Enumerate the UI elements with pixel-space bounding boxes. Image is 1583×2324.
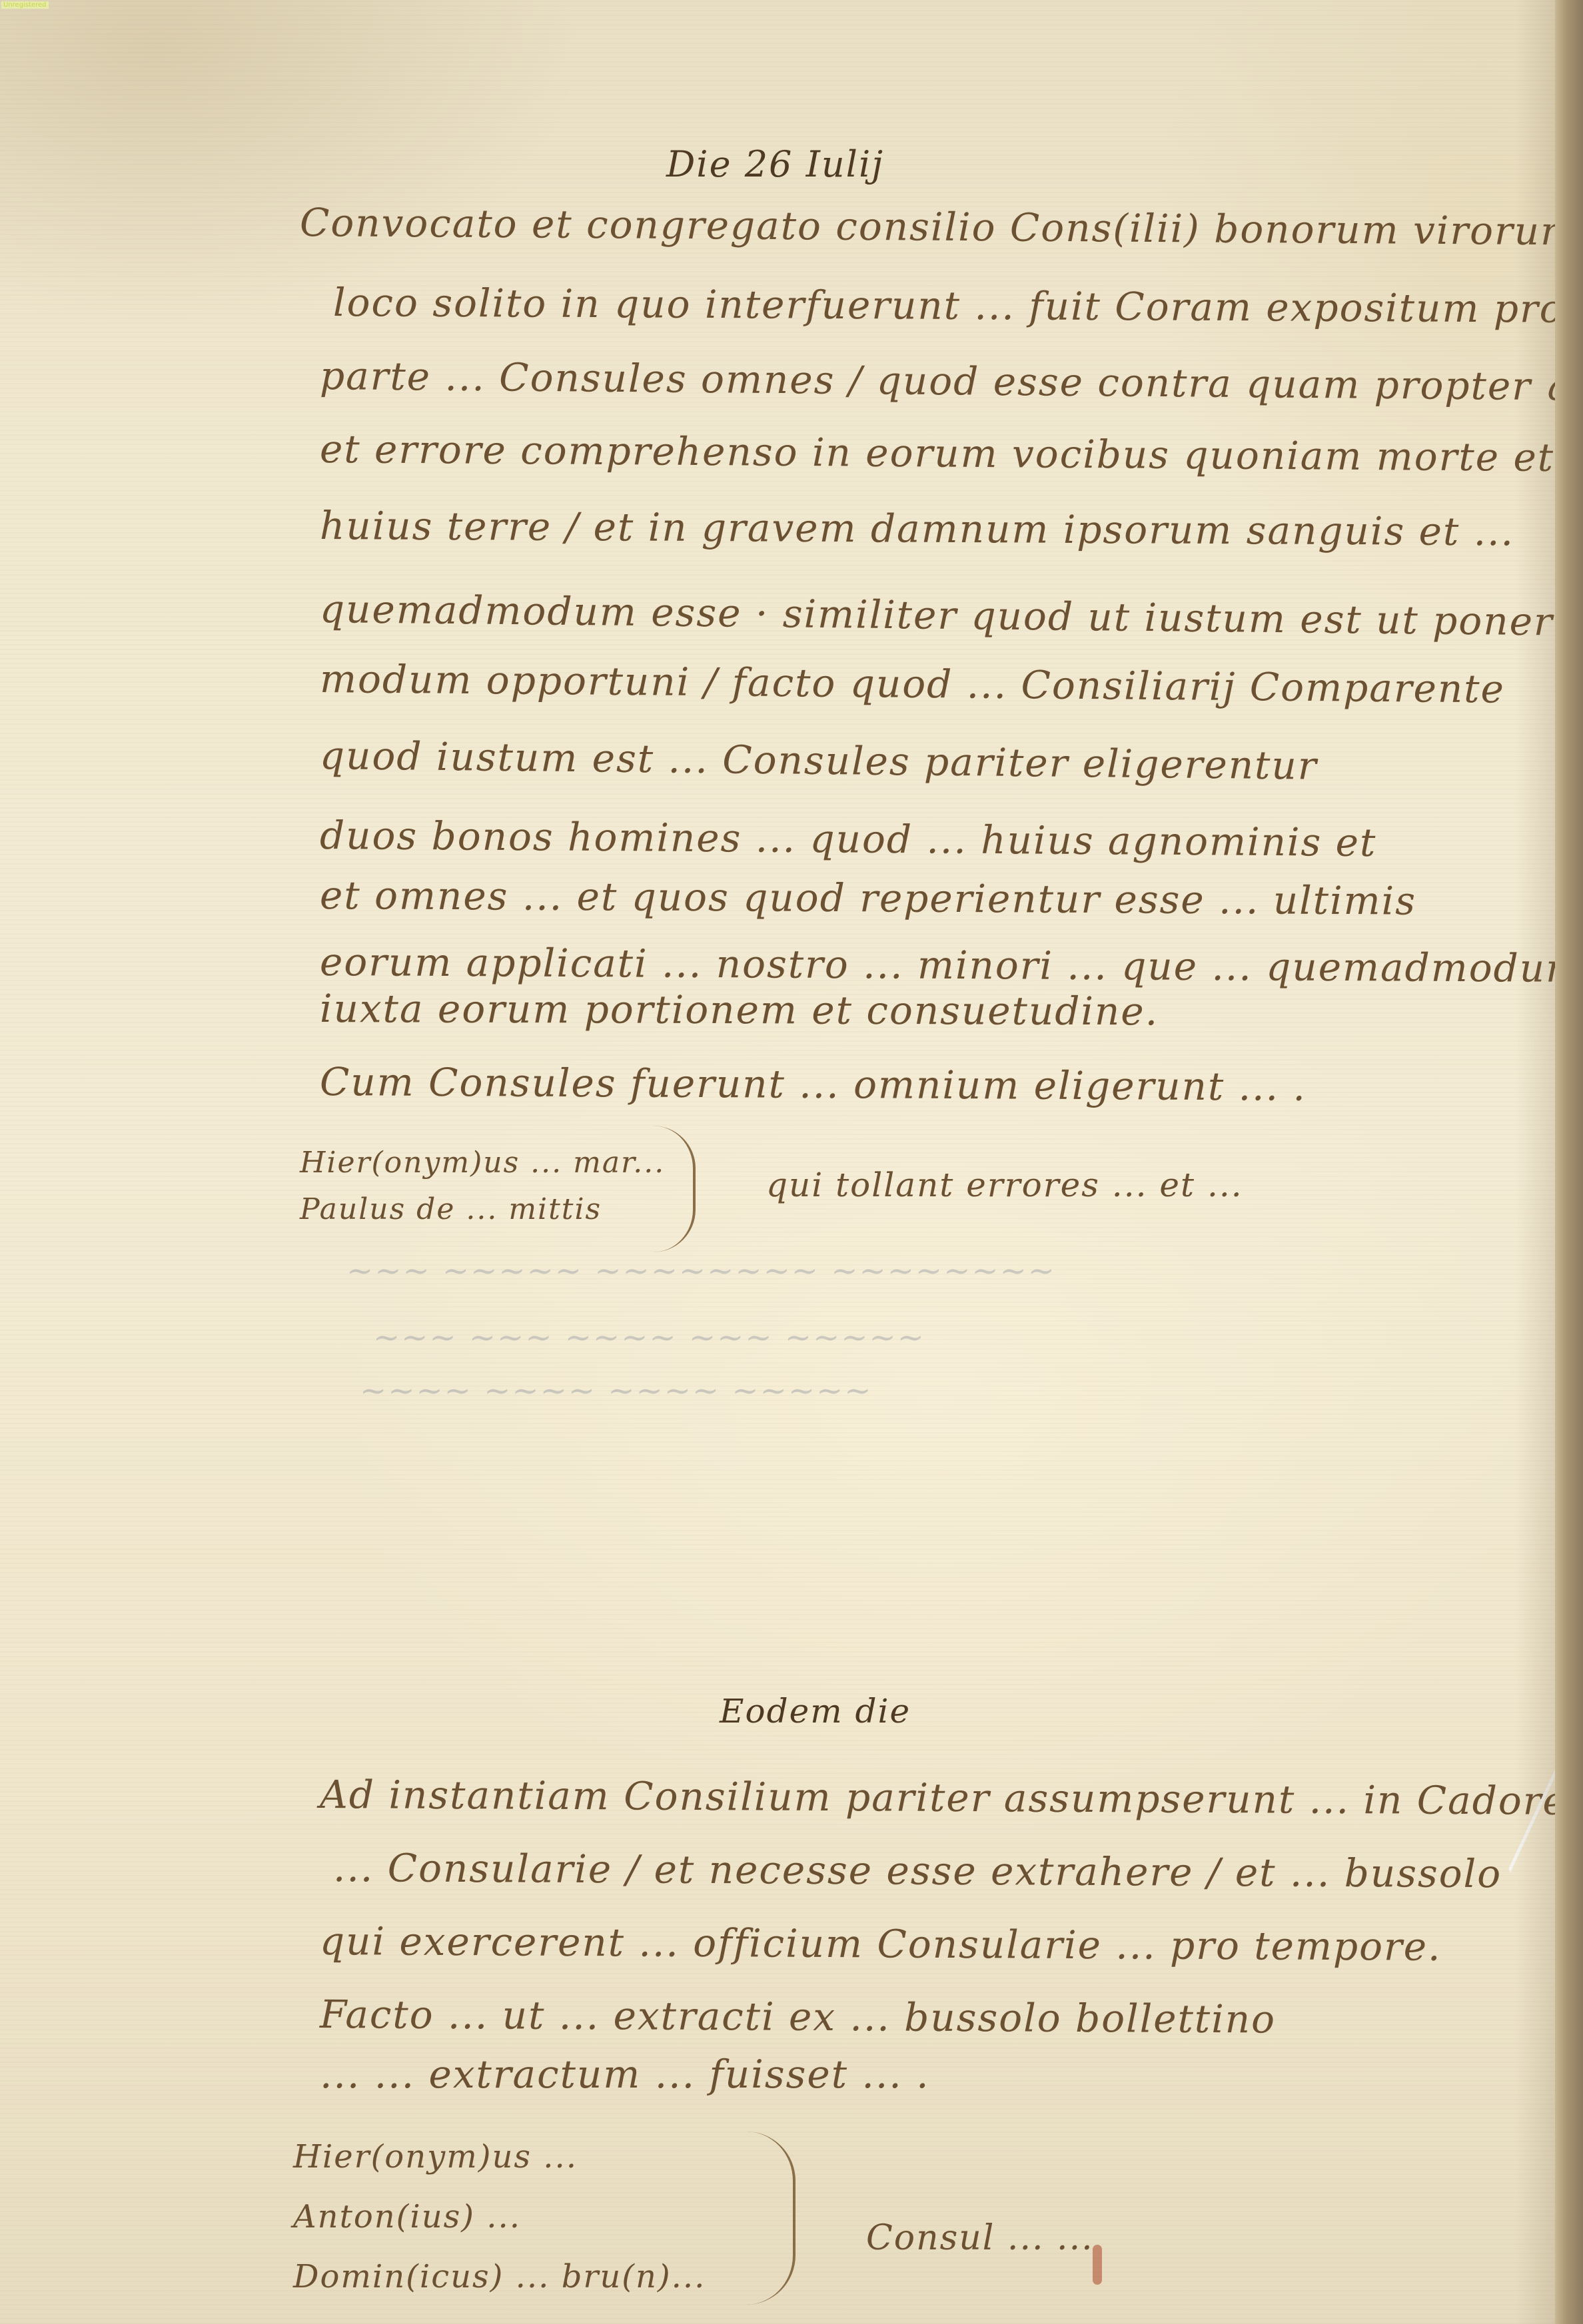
entry2-bracket-name-1: Hier(onym)us ... — [293, 2138, 578, 2175]
book-spine-edge — [1555, 0, 1583, 2324]
red-ink-stain — [1093, 2245, 1102, 2285]
manuscript-page: Unregistered Die 26 Iulij Convocato et c… — [0, 0, 1559, 2324]
entry1-line-5: huius terre / et in gravem damnum ipsoru… — [320, 503, 1514, 554]
unregistered-watermark: Unregistered — [1, 1, 49, 9]
gutter-shadow — [1515, 0, 1555, 2324]
entry1-line-9: duos bonos homines ... quod ... huius ag… — [320, 813, 1377, 865]
entry1-line-11: eorum applicati ... nostro ... minori ..… — [320, 939, 1583, 991]
bleed-through-text: ~~~ ~~~~~ ~~~~~~~~ ~~~~~~~~ — [346, 1252, 1056, 1290]
entry1-line-8: quod iustum est ... Consules pariter eli… — [320, 733, 1318, 789]
entry1-bracket-name-2: Paulus de ... mittis — [300, 1192, 602, 1226]
entry2-line-4: Facto ... ut ... extracti ex ... bussolo… — [320, 1992, 1276, 2042]
bleed-through-text: ~~~~ ~~~~ ~~~~ ~~~~~ — [360, 1372, 873, 1409]
entry2-bracket-name-2: Anton(ius) ... — [293, 2198, 521, 2235]
entry2-bracket — [746, 2131, 795, 2305]
entry1-line-6: quemadmodum esse · similiter quod ut ius… — [320, 586, 1583, 645]
entry2-line-5: ... ... extractum ... fuisset ... . — [320, 2052, 930, 2097]
entry1-bracket-name-1: Hier(onym)us ... mar... — [300, 1146, 665, 1180]
entry1-bracket-text: qui tollant errores ... et ... — [766, 1166, 1243, 1204]
entry1-heading: Die 26 Iulij — [666, 143, 884, 185]
entry2-bracket-text: Consul ... ... — [866, 2218, 1094, 2258]
entry2-bracket-name-3: Domin(icus) ... bru(n)... — [293, 2258, 706, 2295]
entry1-line-13: Cum Consules fuerunt ... omnium eligerun… — [320, 1059, 1307, 1110]
entry1-line-10: et omnes ... et quos quod reperientur es… — [320, 873, 1416, 924]
bleed-through-text: ~~~ ~~~ ~~~~ ~~~ ~~~~~ — [373, 1319, 925, 1356]
entry1-line-7: modum opportuni / facto quod ... Consili… — [320, 656, 1505, 712]
entry1-line-3: parte ... Consules omnes / quod esse con… — [320, 353, 1583, 412]
entry1-line-12: iuxta eorum portionem et consuetudine. — [320, 986, 1159, 1034]
entry2-heading: Eodem die — [720, 1692, 911, 1731]
entry1-line-1: Convocato et congregato consilio Cons(il… — [300, 200, 1583, 255]
entry2-line-2: ... Consularie / et necesse esse extrahe… — [333, 1845, 1502, 1896]
entry1-line-4: et errore comprehenso in eorum vocibus q… — [320, 426, 1583, 482]
entry1-bracket — [653, 1126, 696, 1252]
entry1-line-2: loco solito in quo interfuerunt ... fuit… — [333, 280, 1564, 332]
entry2-line-1: Ad instantiam Consilium pariter assumpse… — [320, 1772, 1583, 1824]
entry2-line-3: qui exercerent ... officium Consularie .… — [320, 1918, 1442, 1970]
